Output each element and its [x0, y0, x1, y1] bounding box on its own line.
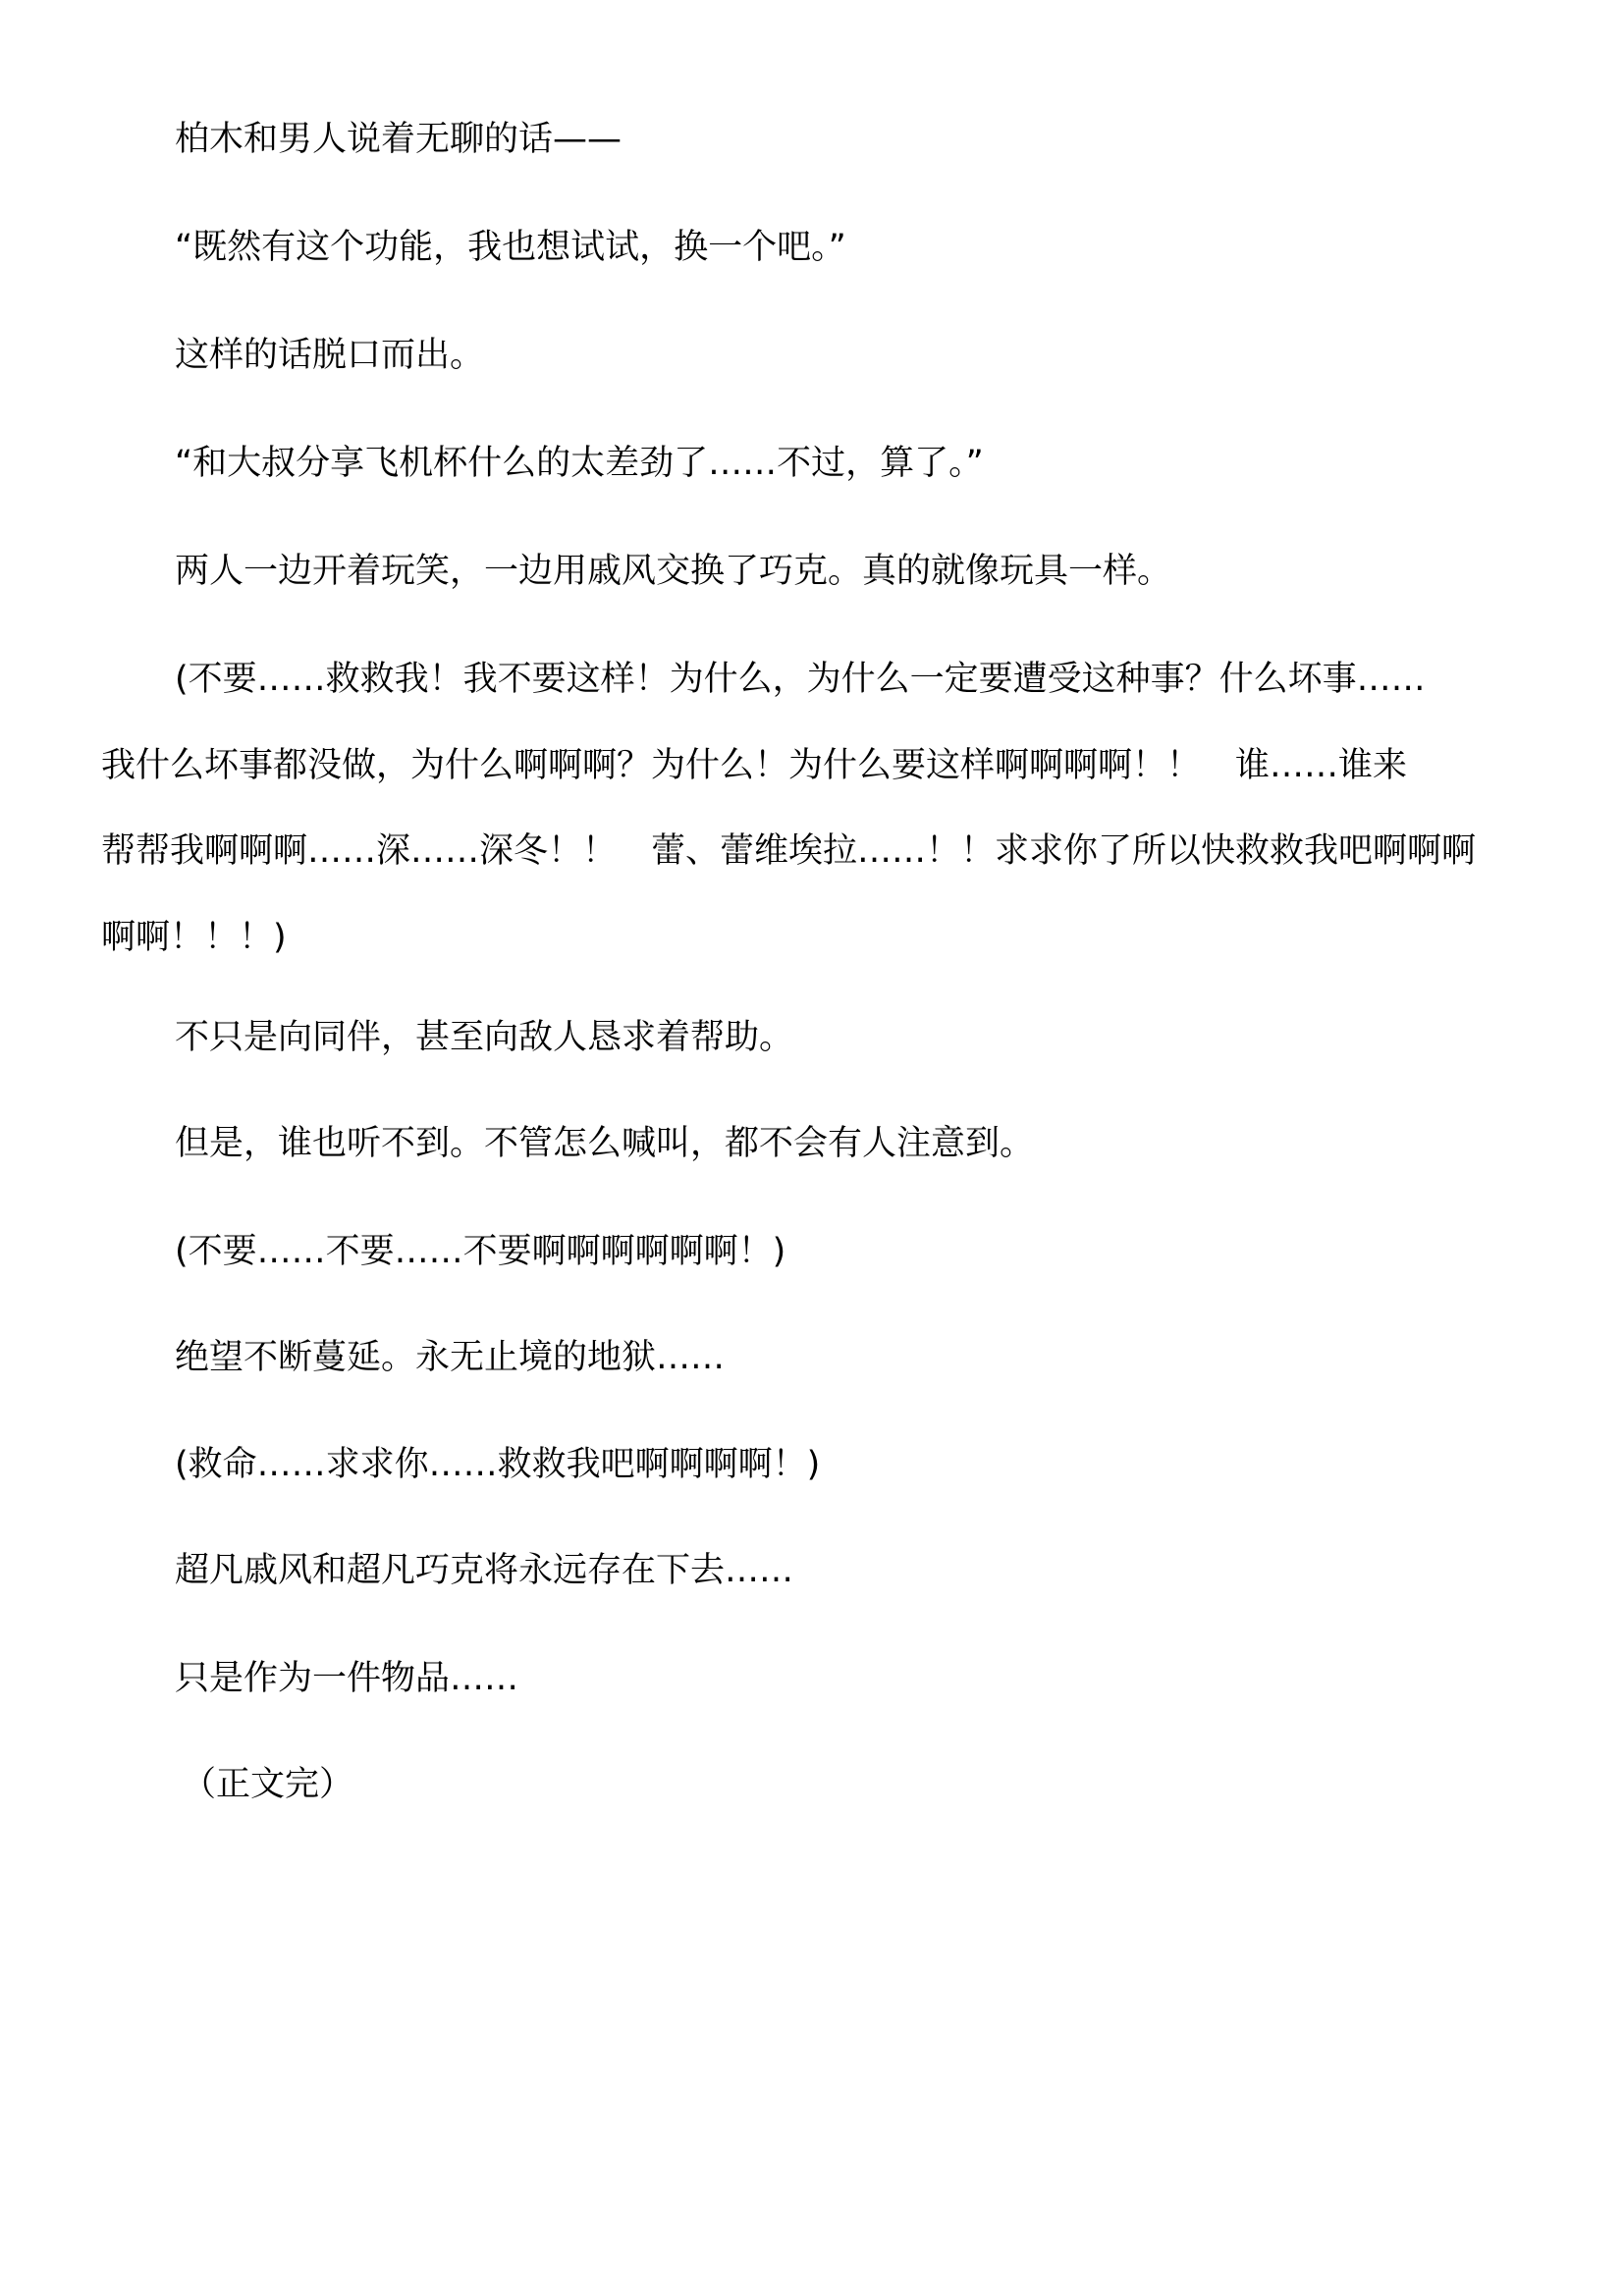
paragraph-text: 柏木和男人说着无聊的话—— — [175, 120, 622, 159]
paragraph-text: 啊啊！！！) — [101, 918, 287, 957]
paragraph-text: 但是，谁也听不到。不管怎么喊叫，都不会有人注意到。 — [175, 1124, 1034, 1163]
paragraph-text: (救命……求求你……救救我吧啊啊啊啊！) — [175, 1445, 820, 1484]
paragraph-text: 超凡戚风和超凡巧克将永远存在下去…… — [175, 1551, 793, 1590]
paragraph-text: 绝望不断蔓延。永无止境的地狱…… — [175, 1338, 725, 1377]
paragraph-text: 只是作为一件物品…… — [175, 1659, 518, 1698]
paragraph-text: (不要……不要……不要啊啊啊啊啊啊！) — [175, 1232, 785, 1271]
paragraph-text: “和大叔分享飞机杯什么的太差劲了……不过，算了。” — [175, 444, 984, 483]
paragraph-text: 两人一边开着玩笑，一边用戚风交换了巧克。真的就像玩具一样。 — [175, 552, 1171, 591]
paragraph-text: 这样的话脱口而出。 — [175, 336, 484, 375]
end-marker: （正文完） — [182, 1765, 353, 1804]
paragraph-text: 我什么坏事都没做，为什么啊啊啊？为什么！为什么要这样啊啊啊啊！！ 谁……谁来 — [101, 746, 1407, 785]
paragraph-text: 帮帮我啊啊啊……深……深冬！！ 蕾、蕾维埃拉……！！求求你了所以快救救我吧啊啊啊 — [101, 831, 1476, 871]
paragraph-text: “既然有这个功能，我也想试试，换一个吧。” — [175, 228, 846, 267]
paragraph-text: (不要……救救我！我不要这样！为什么，为什么一定要遭受这种事？什么坏事…… — [175, 660, 1426, 699]
paragraph-text: 不只是向同伴，甚至向敌人恳求着帮助。 — [175, 1018, 793, 1057]
